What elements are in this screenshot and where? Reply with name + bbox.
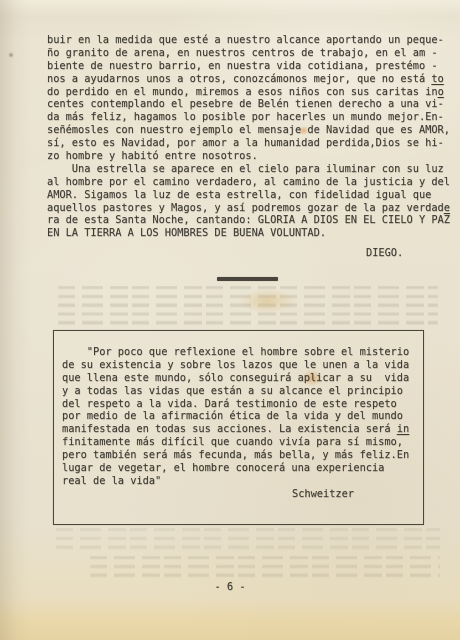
section-divider [217,277,278,281]
text-line: al hombre por el camino verdadero, al ca… [47,176,450,189]
text-line: buir en la medida que esté a nuestro alc… [47,34,450,47]
text-line: manifestada en todas sus acciones. La ex… [62,423,409,436]
text-line: do perdido en el mundo, miremos a esos n… [47,86,450,99]
bleed-through-texture [56,528,440,552]
text-line: real de la vida" [62,475,409,488]
quote-box: "Por poco que reflexione el hombre sobre… [53,330,424,525]
text-line: por medio de la afirmación ética de la v… [62,410,409,423]
text-line: señémosles con nuestro ejemplo el mensaj… [47,124,450,137]
text-line: AMOR. Sigamos la luz de esta estrella, c… [47,189,450,202]
text-line: centes contemplando el pesebre de Belén … [47,98,450,111]
text-line: aquellos pastores y Magos, y así podremo… [47,202,450,215]
text-line: que llena este mundo, sólo conseguirá ap… [62,372,409,385]
text-line: del respeto a la vida. Dará testimonio d… [62,398,409,411]
text-line: lugar de vegetar, el hombre conocerá una… [62,462,409,475]
text-line: biente de nuestro barrio, en nuestra vid… [47,60,450,73]
text-line: zo hombre y habitó entre nosotros. [47,150,450,163]
paper-stain [238,289,296,313]
bleed-through-texture [90,556,440,582]
quote-text: "Por poco que reflexione el hombre sobre… [62,346,409,488]
text-line: "Por poco que reflexione el hombre sobre… [62,346,409,359]
text-line: da más feliz, hagamos lo posible por hac… [47,111,450,124]
document-page: buir en la medida que esté a nuestro alc… [0,0,460,640]
bleed-through-texture [58,286,438,326]
text-line: sí, esto es Navidad, por amor a la human… [47,137,450,150]
page-number: - 6 - [0,581,460,594]
text-line: Una estrella se aparece en el cielo para… [47,163,450,176]
signature: DIEGO. [366,247,403,260]
text-line: EN LA TIERRA A LOS HOMBRES DE BUENA VOLU… [47,227,450,240]
text-line: y a todas las vidas que están a su alcan… [62,385,409,398]
text-line: finitamente más difícil que cuando vivía… [62,436,409,449]
paper-speck [8,52,14,58]
text-line: ra de esta Santa Noche, cantando: GLORIA… [47,214,450,227]
text-line: de su existencia y sobre los lazos que l… [62,359,409,372]
text-line: nos a ayudarnos unos a otros, conozcámon… [47,73,450,86]
text-line: pero también será más fecunda, más bella… [62,449,409,462]
text-line: ño granito de arena, en nuestros centros… [47,47,450,60]
letter-body: buir en la medida que esté a nuestro alc… [47,34,450,240]
quote-attribution: Schweitzer [292,488,354,501]
